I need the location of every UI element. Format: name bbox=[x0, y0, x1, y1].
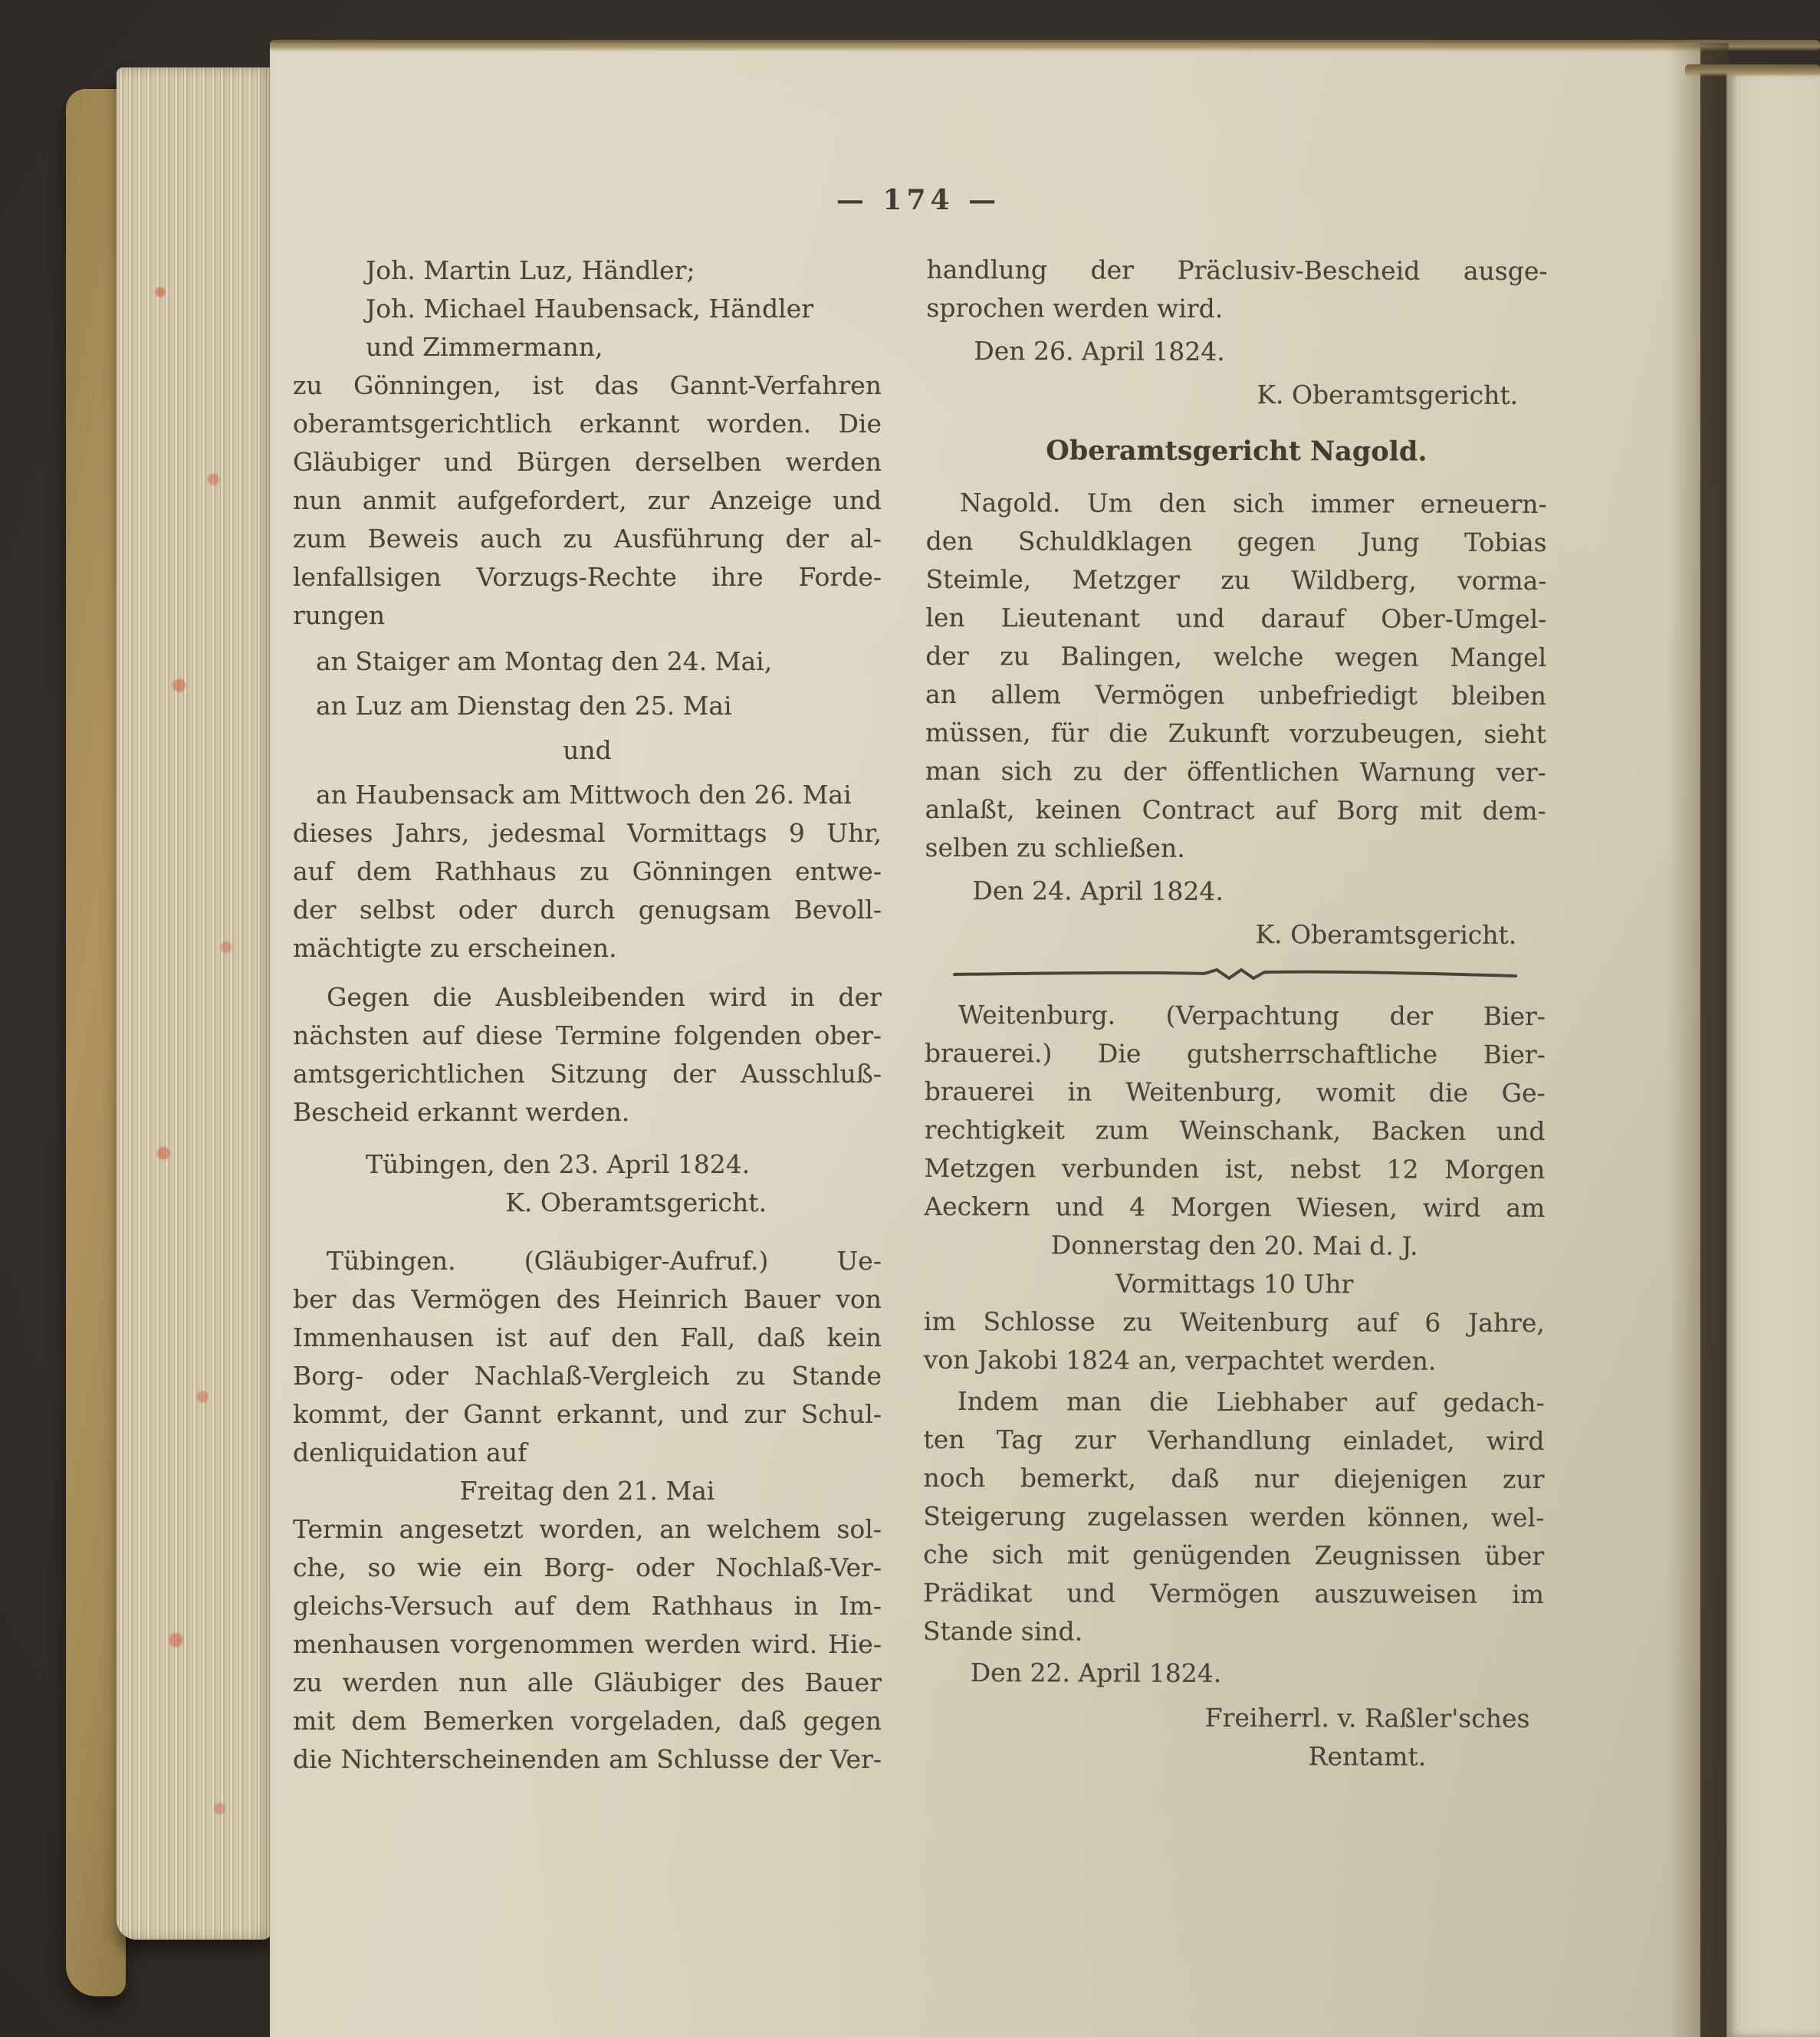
date-line: Den 24. April 1824. bbox=[972, 872, 1546, 912]
text-line: sprochen werden wird. bbox=[926, 289, 1547, 329]
debtor-name-line: Joh. Michael Haubensack, Händler bbox=[366, 290, 882, 328]
date-line: Den 26. April 1824. bbox=[974, 332, 1547, 372]
text-line: gleichs-Versuch auf dem Rathhaus in Im- bbox=[293, 1587, 882, 1625]
text-line: brauerei in Weitenburg, womit die Ge- bbox=[925, 1073, 1546, 1112]
text-line: und bbox=[293, 731, 882, 770]
text-line: man sich zu der öffentlichen Warnung ver… bbox=[925, 752, 1546, 792]
text-line: mit dem Bemerken vorgeladen, daß gegen bbox=[293, 1702, 882, 1740]
notice-start-line: Weitenburg. (Verpachtung der Bier- bbox=[925, 996, 1546, 1036]
section-divider-ornament bbox=[925, 962, 1546, 988]
text-line: oberamtsgerichtlich erkannt worden. Die bbox=[293, 405, 882, 443]
text-line: Gläubiger und Bürgen derselben werden bbox=[293, 443, 882, 481]
notice-heading: Oberamtsgericht Nagold. bbox=[926, 432, 1547, 471]
text-line: len Lieutenant und darauf Ober-Umgel- bbox=[925, 599, 1546, 639]
text-line: dieses Jahrs, jedesmal Vormittags 9 Uhr, bbox=[293, 814, 882, 853]
text-line: lenfallsigen Vorzugs-Rechte ihre Forde- bbox=[293, 558, 882, 596]
facing-page-top-edge bbox=[1685, 64, 1820, 77]
text-line: die Nichterscheinenden am Schlusse der V… bbox=[293, 1740, 882, 1779]
text-line: Metzgen verbunden ist, nebst 12 Morgen bbox=[924, 1149, 1545, 1189]
notice-start-line: Nagold. Um den sich immer erneuern- bbox=[926, 484, 1547, 524]
signature-line: K. Oberamtsgericht. bbox=[926, 375, 1547, 415]
text-line: Gegen die Ausbleibenden wird in der bbox=[293, 978, 882, 1017]
text-line: nun anmit aufgefordert, zur Anzeige und bbox=[293, 481, 882, 520]
right-text-column: handlung der Präclusiv-Bescheid ausge-sp… bbox=[922, 251, 1547, 1776]
text-line: denliquidation auf bbox=[293, 1434, 882, 1472]
text-line: selben zu schließen. bbox=[925, 829, 1546, 869]
signature-line: Freiherrl. v. Raßler'sches bbox=[923, 1698, 1544, 1738]
text-line: im Schlosse zu Weitenburg auf 6 Jahre, bbox=[924, 1303, 1545, 1342]
notice-start-line: Tübingen. (Gläubiger-Aufruf.) Ue- bbox=[293, 1242, 882, 1280]
text-line: Steimle, Metzger zu Wildberg, vorma- bbox=[925, 560, 1546, 600]
text-line: amtsgerichtlichen Sitzung der Ausschluß- bbox=[293, 1055, 882, 1093]
text-line: anlaßt, keinen Contract auf Borg mit dem… bbox=[925, 790, 1546, 830]
date-line: Tübingen, den 23. April 1824. bbox=[366, 1145, 882, 1184]
text-line: zu Gönningen, ist das Gannt-Verfahren bbox=[293, 366, 882, 405]
text-line: che sich mit genügenden Zeugnissen über bbox=[923, 1536, 1544, 1575]
text-line: noch bemerkt, daß nur diejenigen zur bbox=[923, 1459, 1544, 1499]
page-number: — 174 — bbox=[291, 184, 1546, 216]
page-fore-edge-stack bbox=[117, 67, 273, 1940]
text-line: ten Tag zur Verhandlung einladet, wird bbox=[923, 1421, 1544, 1460]
text-line: Bescheid erkannt werden. bbox=[293, 1093, 882, 1132]
text-line: an allem Vermögen unbefriedigt bleiben bbox=[925, 675, 1546, 715]
text-line: brauerei.) Die gutsherrschaftliche Bier- bbox=[925, 1034, 1546, 1074]
left-text-column: Joh. Martin Luz, Händler;Joh. Michael Ha… bbox=[293, 251, 882, 1779]
text-line: mächtigte zu erscheinen. bbox=[293, 929, 882, 968]
text-line: Prädikat und Vermögen auszuweisen im bbox=[923, 1574, 1544, 1614]
debtor-name-line: Joh. Martin Luz, Händler; bbox=[366, 251, 882, 290]
text-line: ber das Vermögen des Heinrich Bauer von bbox=[293, 1280, 882, 1319]
text-line: Stande sind. bbox=[923, 1612, 1544, 1652]
text-line: rechtigkeit zum Weinschank, Backen und bbox=[925, 1111, 1546, 1151]
text-line: auf dem Rathhaus zu Gönningen entwe- bbox=[293, 853, 882, 891]
text-line: zu werden nun alle Gläubiger des Bauer bbox=[293, 1664, 882, 1702]
text-line: Steigerung zugelassen werden können, wel… bbox=[923, 1497, 1544, 1537]
text-line: zum Beweis auch zu Ausführung der al- bbox=[293, 520, 882, 558]
text-line: den Schuldklagen gegen Jung Tobias bbox=[926, 522, 1547, 562]
signature-line: Rentamt. bbox=[922, 1736, 1543, 1776]
page-top-rough-edge bbox=[270, 40, 1820, 51]
text-line: Aeckern und 4 Morgen Wiesen, wird am bbox=[924, 1188, 1545, 1227]
text-line: che, so wie ein Borg- oder Nochlaß-Ver- bbox=[293, 1549, 882, 1587]
signature-line: K. Oberamtsgericht. bbox=[293, 1184, 882, 1222]
text-line: menhausen vorgenommen werden wird. Hie- bbox=[293, 1625, 882, 1664]
text-line: Immenhausen ist auf den Fall, daß kein bbox=[293, 1319, 882, 1357]
text-line: kommt, der Gannt erkannt, und zur Schul- bbox=[293, 1395, 882, 1434]
divider-ornament-graphic bbox=[951, 967, 1519, 982]
appointment-line: Donnerstag den 20. Mai d. J. bbox=[924, 1226, 1545, 1266]
gutter-fold-shadow bbox=[1667, 43, 1729, 2037]
text-line: rungen bbox=[293, 596, 882, 635]
text-line: Indem man die Liebhaber auf gedach- bbox=[924, 1382, 1545, 1422]
appointment-line: an Staiger am Montag den 24. Mai, bbox=[316, 642, 882, 681]
text-line: handlung der Präclusiv-Bescheid ausge- bbox=[926, 251, 1547, 291]
text-line: der zu Balingen, welche wegen Mangel bbox=[925, 637, 1546, 677]
text-line: von Jakobi 1824 an, verpachtet werden. bbox=[924, 1341, 1545, 1381]
book-photograph: — 174 — Joh. Martin Luz, Händler;Joh. Mi… bbox=[0, 0, 1820, 2037]
debtor-name-line: und Zimmermann, bbox=[366, 328, 882, 366]
signature-line: K. Oberamtsgericht. bbox=[925, 915, 1546, 954]
facing-page-edge bbox=[1726, 72, 1820, 2037]
text-line: der selbst oder durch genugsam Bevoll- bbox=[293, 891, 882, 929]
text-line: Termin angesetzt worden, an welchem sol- bbox=[293, 1510, 882, 1549]
appointment-line: an Haubensack am Mittwoch den 26. Mai bbox=[316, 776, 882, 814]
appointment-line: Freitag den 21. Mai bbox=[293, 1472, 882, 1510]
text-line: müssen, für die Zukunft vorzubeugen, sie… bbox=[925, 714, 1546, 754]
date-line: Den 22. April 1824. bbox=[971, 1654, 1544, 1694]
appointment-line: Vormittags 10 Uhr bbox=[924, 1264, 1545, 1304]
text-line: Borg- oder Nachlaß-Vergleich zu Stande bbox=[293, 1357, 882, 1395]
appointment-line: an Luz am Dienstag den 25. Mai bbox=[316, 687, 882, 725]
text-line: nächsten auf diese Termine folgenden obe… bbox=[293, 1017, 882, 1055]
